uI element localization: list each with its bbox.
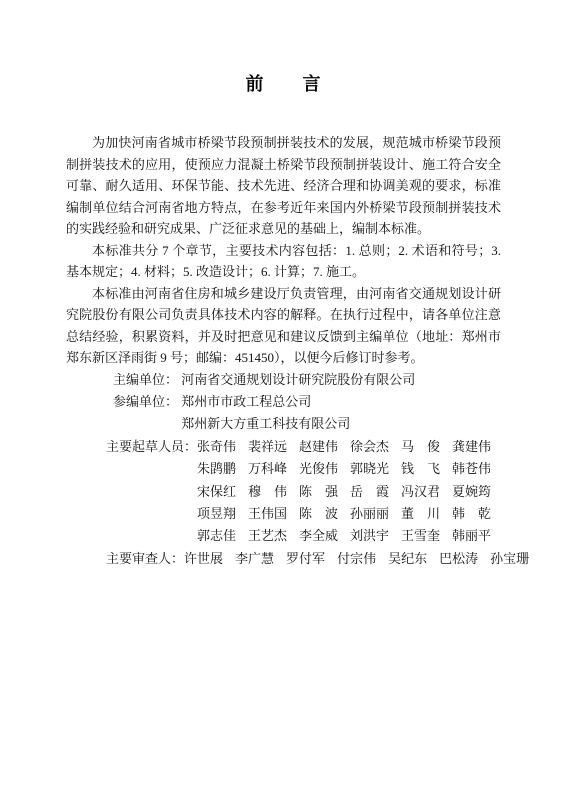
co-editor-value: 郑州市市政工程总公司	[181, 391, 350, 413]
co-editors-label: 参编单位：	[113, 391, 181, 413]
drafter-name: 王雪奎	[401, 525, 441, 547]
reviewer-name: 李广慧	[235, 548, 274, 570]
reviewer-name: 付宗伟	[337, 548, 376, 570]
reviewers-label: 主要审查人：	[106, 548, 184, 570]
drafter-name: 马 俊	[401, 436, 441, 458]
drafter-name: 郭晓光	[350, 458, 390, 480]
reviewers-row: 主要审查人： 许世展 李广慧 罗付军 付宗伟 吴纪东 巴松涛 孙宝珊	[66, 548, 501, 570]
drafter-name: 张奇伟	[197, 436, 237, 458]
drafter-name: 李全威	[299, 525, 339, 547]
credits-section: 主编单位： 河南省交通规划设计研究院股份有限公司 参编单位： 郑州市市政工程总公…	[66, 369, 501, 571]
drafter-name: 王伟国	[248, 503, 288, 525]
drafter-name: 韩 乾	[452, 503, 492, 525]
drafter-name: 项昱翔	[197, 503, 237, 525]
paragraph-intro: 为加快河南省城市桥梁节段预制拼装技术的发展，规范城市桥梁节段预制拼装技术的应用，…	[66, 132, 501, 240]
drafters-grid-row: 朱鹍鹏 万科峰 光俊伟 郭晓光 钱 飞 韩苍伟	[197, 458, 492, 480]
chief-editor-value: 河南省交通规划设计研究院股份有限公司	[181, 369, 415, 391]
reviewer-name: 许世展	[184, 548, 223, 570]
drafter-name: 光俊伟	[299, 458, 339, 480]
drafter-name: 岳 霞	[350, 481, 390, 503]
drafter-name: 王艺杰	[248, 525, 288, 547]
reviewer-name: 罗付军	[286, 548, 325, 570]
drafter-name: 穆 伟	[248, 481, 288, 503]
co-editor-value: 郑州新大方重工科技有限公司	[181, 413, 350, 435]
drafter-name: 韩丽平	[452, 525, 492, 547]
drafters-grid-row: 项昱翔 王伟国 陈 波 孙丽丽 董 川 韩 乾	[197, 503, 492, 525]
drafters-grid-row: 张奇伟 裴祥远 赵建伟 徐会杰 马 俊 龚建伟	[197, 436, 492, 458]
reviewer-name: 巴松涛	[439, 548, 478, 570]
drafter-name: 郭志佳	[197, 525, 237, 547]
drafter-name: 龚建伟	[452, 436, 492, 458]
drafters-grid-row: 宋保红 穆 伟 陈 强 岳 霞 冯汉君 夏婉筠	[197, 481, 492, 503]
drafter-name: 董 川	[401, 503, 441, 525]
drafter-name: 朱鹍鹏	[197, 458, 237, 480]
chief-editor-label: 主编单位：	[113, 369, 181, 391]
drafter-name: 赵建伟	[299, 436, 339, 458]
drafters-label: 主要起草人员：	[106, 436, 197, 458]
chief-editor-row: 主编单位： 河南省交通规划设计研究院股份有限公司	[66, 369, 501, 391]
co-editors-row: 参编单位： 郑州市市政工程总公司 郑州新大方重工科技有限公司	[66, 391, 501, 436]
paragraph-chapters: 本标准共分 7 个章节，主要技术内容包括：1. 总则；2. 术语和符号；3. 基…	[66, 240, 501, 283]
drafter-name: 裴祥远	[248, 436, 288, 458]
drafter-name: 刘洪宇	[350, 525, 390, 547]
drafter-name: 徐会杰	[350, 436, 390, 458]
drafter-name: 夏婉筠	[452, 481, 492, 503]
drafter-name: 钱 飞	[401, 458, 441, 480]
drafter-name: 孙丽丽	[350, 503, 390, 525]
drafter-name: 韩苍伟	[452, 458, 492, 480]
drafter-name: 陈 强	[299, 481, 339, 503]
drafters-name-grid: 张奇伟 裴祥远 赵建伟 徐会杰 马 俊 龚建伟 朱鹍鹏 万科峰 光俊伟 郭晓光 …	[197, 436, 492, 548]
drafters-grid-row: 郭志佳 王艺杰 李全威 刘洪宇 王雪奎 韩丽平	[197, 525, 492, 547]
drafter-name: 陈 波	[299, 503, 339, 525]
drafter-name: 万科峰	[248, 458, 288, 480]
reviewer-name: 吴纪东	[388, 548, 427, 570]
reviewer-name: 孙宝珊	[490, 548, 529, 570]
drafter-name: 冯汉君	[401, 481, 441, 503]
reviewers-names: 许世展 李广慧 罗付军 付宗伟 吴纪东 巴松涛 孙宝珊	[184, 548, 529, 570]
page-title: 前 言	[66, 70, 501, 96]
document-page: 前 言 为加快河南省城市桥梁节段预制拼装技术的发展，规范城市桥梁节段预制拼装技术…	[0, 0, 565, 799]
drafter-name: 宋保红	[197, 481, 237, 503]
drafters-row: 主要起草人员： 张奇伟 裴祥远 赵建伟 徐会杰 马 俊 龚建伟 朱鹍鹏 万科峰 …	[66, 436, 501, 548]
paragraph-management: 本标准由河南省住房和城乡建设厅负责管理，由河南省交通规划设计研究院股份有限公司负…	[66, 283, 501, 369]
co-editors-values: 郑州市市政工程总公司 郑州新大方重工科技有限公司	[181, 391, 350, 436]
